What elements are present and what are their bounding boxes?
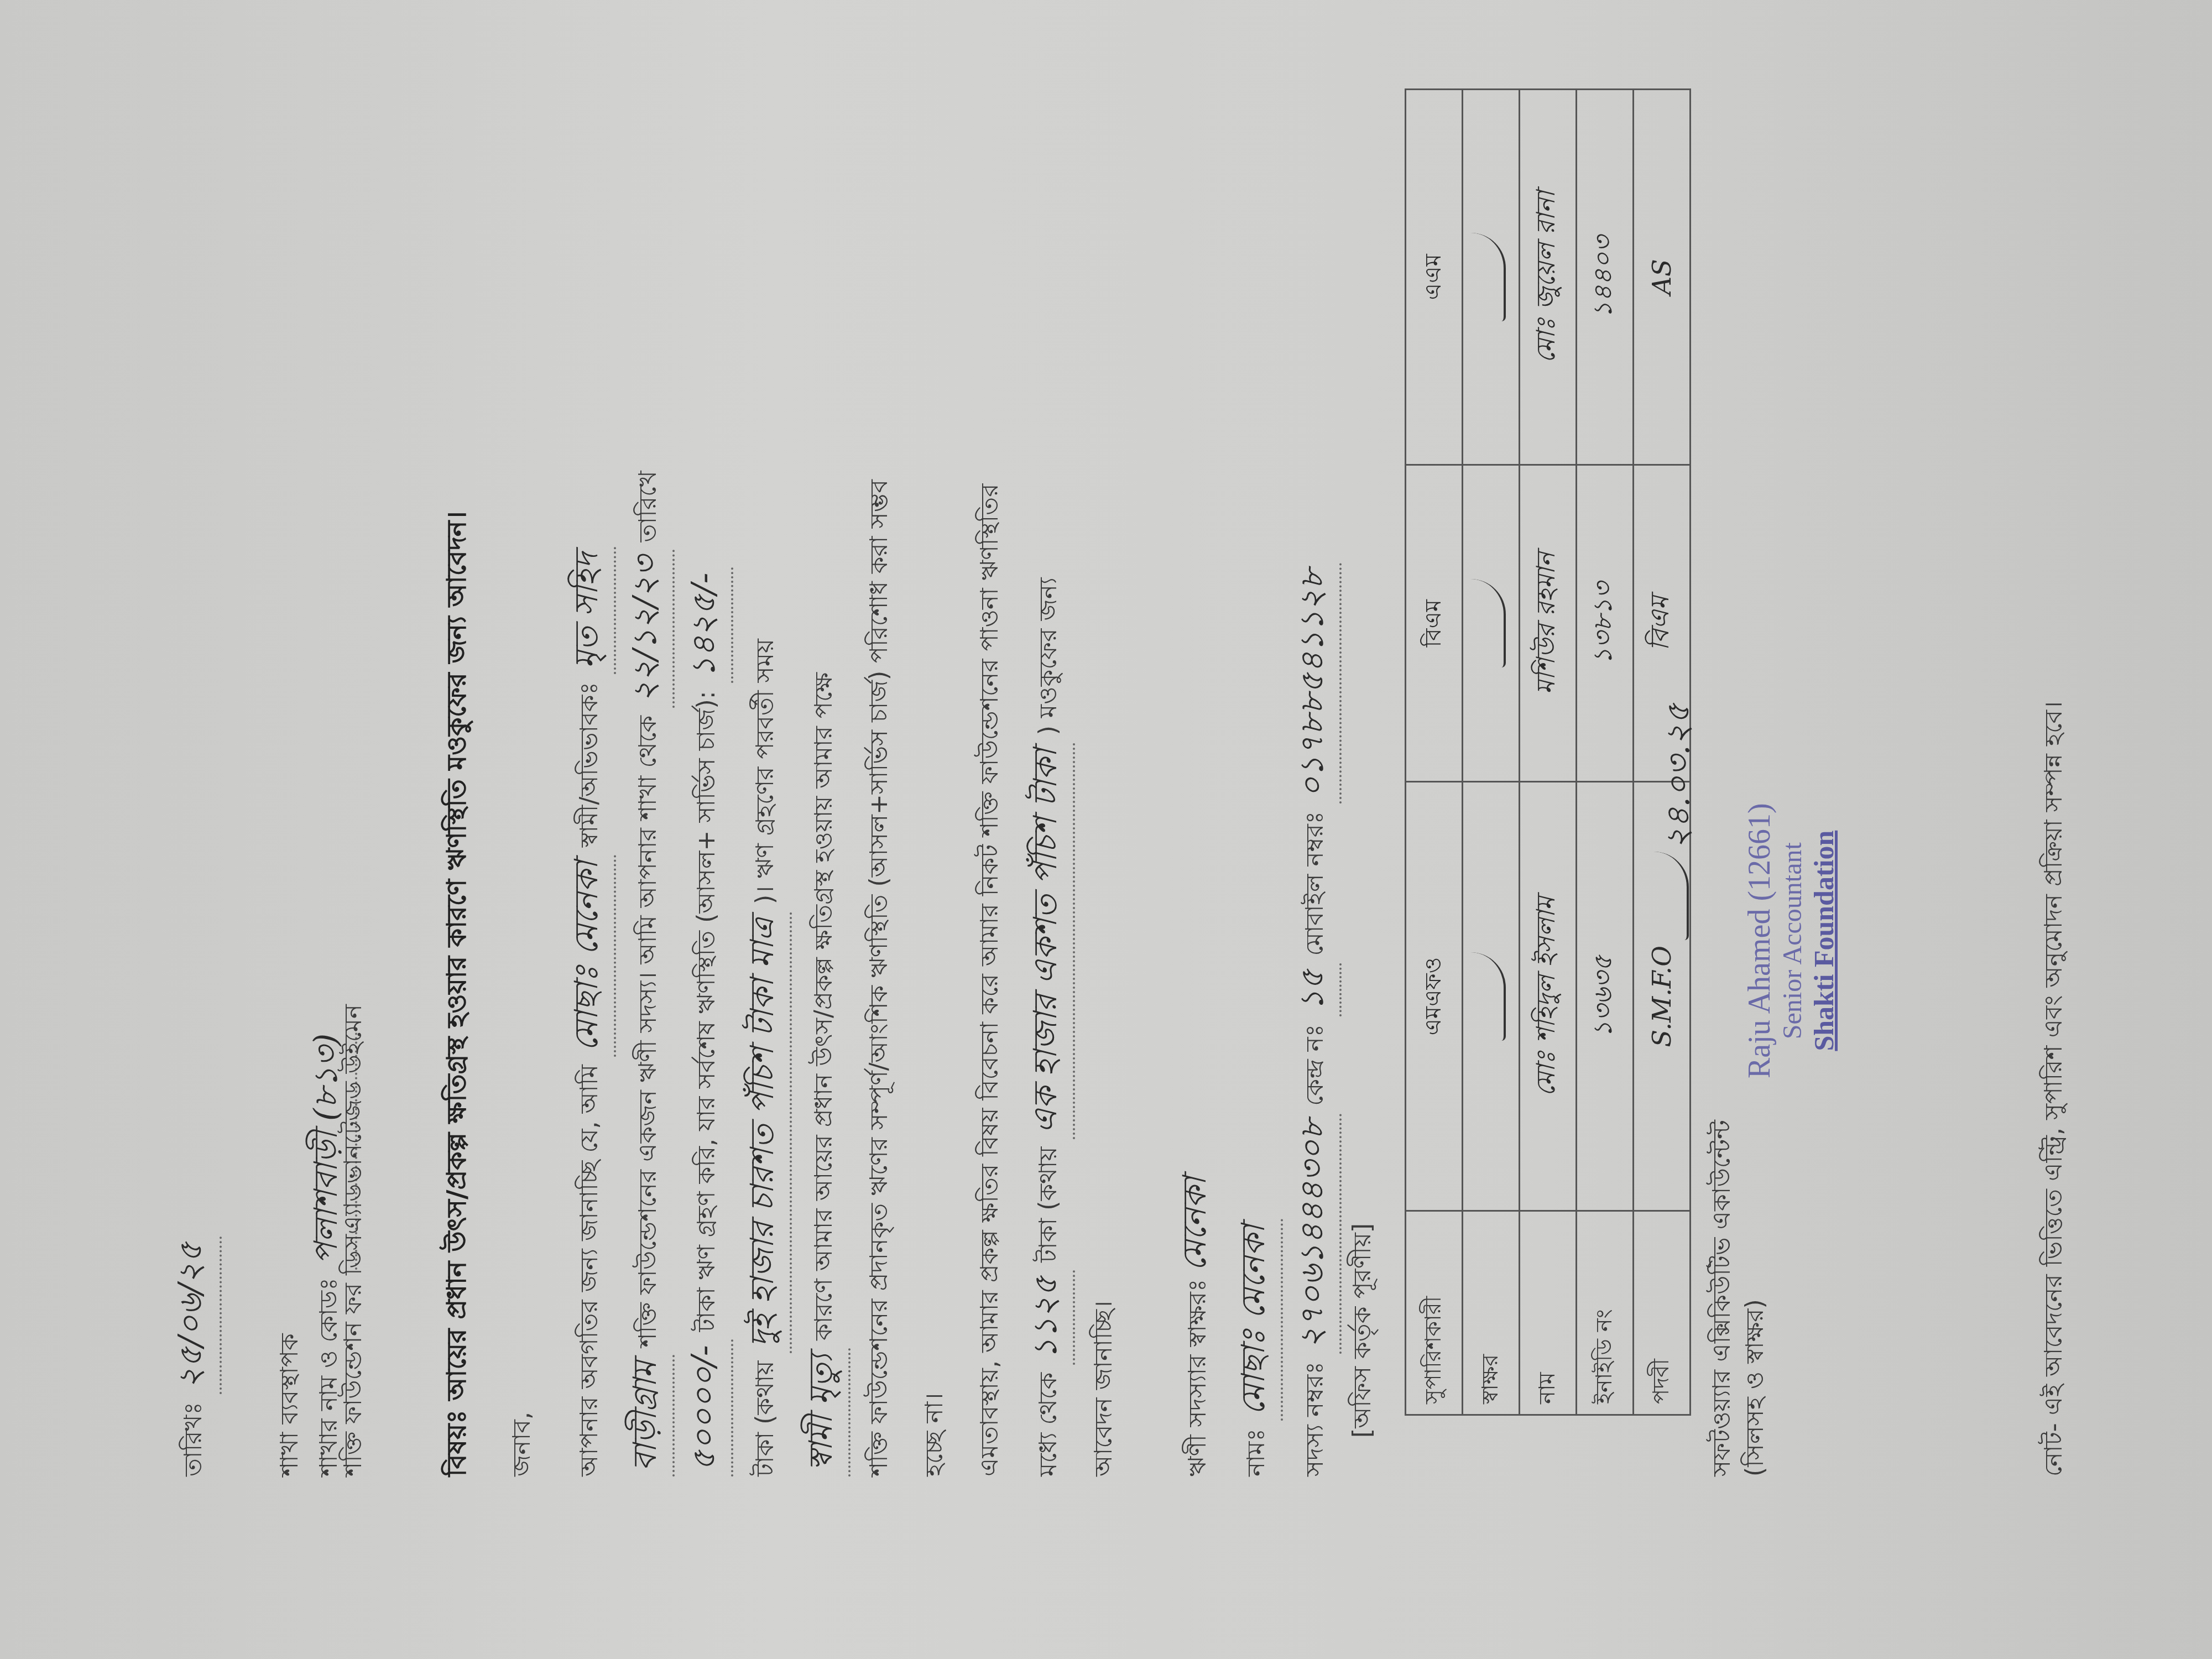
table-row: স্বাক্ষর (1463, 90, 1520, 1415)
row-label: সুপারিশকারী (1406, 1211, 1463, 1415)
p1-text: টাকা ঋণ গ্রহণ করি, যার সর্বশেষ ঋণস্থিতি … (692, 691, 721, 1332)
photo-background: তারিখঃ ২৫/০৬/২৫ শাখা ব্যবস্থাপক শাখার না… (0, 0, 2212, 1659)
signature-cell (1463, 465, 1520, 782)
table-cell: AS (1634, 90, 1691, 465)
loan-amount-field: ৫০০০০/- (676, 1339, 733, 1477)
row-label: স্বাক্ষর (1463, 1211, 1520, 1415)
member-signature: মেনেকা (1176, 1177, 1213, 1271)
row-label: পদবী (1634, 1211, 1691, 1415)
p1-text: শক্তি ফাউন্ডেশনের প্রদানকৃত ঋণের সম্পূর্… (852, 471, 907, 1477)
p1-text: শক্তি ফাউন্ডেশনের একজন ঋণী সদস্য। আমি আপ… (634, 716, 662, 1348)
paragraph-2: এমতাবস্থায়, আমার প্রকল্প ক্ষতির বিষয় ব… (962, 484, 1131, 1477)
paragraph-1: আপনার অবগতির জন্য জানাচ্ছি যে, আমি মোছাঃ… (559, 471, 962, 1477)
p1-text: আপনার অবগতির জন্য জানাচ্ছি যে, আমি (575, 1065, 603, 1477)
table-row: নাম মোঃ শহিদুল ইসলাম মশিউর রহমান মোঃ জুয… (1520, 90, 1577, 1415)
member-id-label: সদস্য নম্বরঃ (1301, 1361, 1329, 1477)
salutation: জনাব, (503, 1412, 544, 1477)
footer-note: নোট- এই আবেদনের ভিত্তিতে এন্ট্রি, সুপারি… (2035, 701, 2075, 1477)
stamp-org: Shakti Foundation (1808, 803, 1840, 1078)
p1-text: স্বামী/অভিভাবকঃ (575, 682, 603, 847)
member-name-field: মোছাঃ মেনেকা (559, 855, 616, 1057)
waive-words-field: এক হাজার একশত পঁচিশ টাকা (1018, 743, 1075, 1139)
p2-text: ) মওকুফের জন্য (1034, 577, 1062, 735)
p2-text: আবেদন জানাচ্ছি। (1076, 484, 1131, 1477)
office-recommendation-table: সুপারিশকারী এমএফও বিএম এএম স্বাক্ষর নাম … (1405, 88, 1691, 1416)
table-cell: ১৪৪০৩ (1577, 90, 1634, 465)
loan-date-field: ২২/১২/২৩ (617, 550, 675, 707)
column-header: এমএফও (1406, 782, 1463, 1211)
column-header: এএম (1406, 90, 1463, 465)
accountant-subtitle: (সিলসহ ও স্বাক্ষর) (1736, 1299, 1777, 1477)
signature-cell (1463, 90, 1520, 465)
application-form: তারিখঃ ২৫/০৬/২৫ শাখা ব্যবস্থাপক শাখার না… (0, 0, 2212, 1659)
member-id-value: ২৭০৬১৪৪৪৩০৮ (1284, 1114, 1342, 1354)
village-field: বাড়ীগ্রাম (617, 1355, 675, 1477)
p2-text: মধ্যে থেকে (1034, 1373, 1062, 1477)
table-cell: মোঃ শহিদুল ইসলাম (1520, 782, 1577, 1211)
stamp-role: Senior Accountant (1777, 803, 1808, 1078)
p1-text: কারণে আমার আয়ের প্রধান উৎস/প্রকল্প ক্ষত… (810, 672, 838, 1340)
p2-text: টাকা (কথায় (1034, 1147, 1062, 1262)
signature-cell (1463, 782, 1520, 1211)
cause-field: স্বামী মৃত্যু (793, 1348, 851, 1477)
table-cell: মশিউর রহমান (1520, 465, 1577, 782)
date-label: তারিখঃ (179, 1402, 207, 1477)
signature-scrawl-icon (1470, 233, 1506, 321)
p1-text: তারিখে (634, 471, 662, 542)
guardian-field: মৃত সহিদ (559, 547, 616, 674)
date-value: ২৫/০৬/২৫ (166, 1237, 222, 1394)
balance-field: ১৪২৫/- (676, 567, 733, 684)
accountant-signature: ২৪.০৩.২৫ (1653, 703, 1707, 940)
office-section-title: [অফিস কর্তৃক পূরণীয়] (1344, 1223, 1384, 1438)
center-value: ১৫ (1284, 963, 1342, 1016)
member-name-value: মোছাঃ মেনেকা (1225, 1219, 1283, 1421)
member-info: ঋণী সদস্যার স্বাক্ষরঃ মেনেকা নামঃ মোছাঃ … (1167, 563, 1343, 1477)
table-row: সুপারিশকারী এমএফও বিএম এএম (1406, 90, 1463, 1415)
date-line: তারিখঃ ২৫/০৬/২৫ (166, 1237, 222, 1477)
p1-text: হচ্ছে না। (907, 471, 962, 1477)
table-cell: ১৩৮১৩ (1577, 465, 1634, 782)
signature-date: ২৪.০৩.২৫ (1659, 703, 1697, 849)
amount-words-field: দুই হাজার চারশত পঁচিশ টাকা মাত্র (734, 912, 792, 1353)
p2-text: এমতাবস্থায়, আমার প্রকল্প ক্ষতির বিষয় ব… (962, 484, 1018, 1477)
mobile-label: মোবাইল নম্বরঃ (1301, 811, 1329, 956)
column-header: বিএম (1406, 465, 1463, 782)
stamp-name: Raju Ahamed (12661) (1742, 803, 1777, 1078)
signature-scrawl-icon (1470, 952, 1506, 1041)
table-row: ইনাইডি নং ১৩৬৩৫ ১৩৮১৩ ১৪৪০৩ (1577, 90, 1634, 1415)
table-cell: মোঃ জুয়েল রানা (1520, 90, 1577, 465)
p1-text: )। ঋণ গ্রহণের পরবর্তী সময় (751, 639, 779, 904)
subject-line: বিষয়ঃ আয়ের প্রধান উৎস/প্রকল্প ক্ষতিগ্র… (437, 511, 481, 1477)
accountant-stamp: Raju Ahamed (12661) Senior Accountant Sh… (1742, 803, 1840, 1078)
signature-scrawl-icon (1653, 852, 1689, 940)
member-sign-label: ঋণী সদস্যার স্বাক্ষরঃ (1183, 1279, 1212, 1477)
organization-name: শক্তি ফাউন্ডেশন ফর ডিসএ্যাডভানটেজড উইমেন (335, 1004, 375, 1477)
mobile-value: ০১৭৮৮৫৪১১২৮ (1284, 563, 1342, 803)
row-label: ইনাইডি নং (1577, 1211, 1634, 1415)
table-cell: ১৩৬৩৫ (1577, 782, 1634, 1211)
p1-text: টাকা (কথায় (751, 1361, 779, 1477)
row-label: নাম (1520, 1211, 1577, 1415)
signature-scrawl-icon (1470, 579, 1506, 667)
waive-amount-field: ১১২৫ (1018, 1270, 1075, 1365)
member-name-label: নামঃ (1242, 1428, 1270, 1477)
center-label: কেন্দ্র নঃ (1301, 1024, 1329, 1106)
